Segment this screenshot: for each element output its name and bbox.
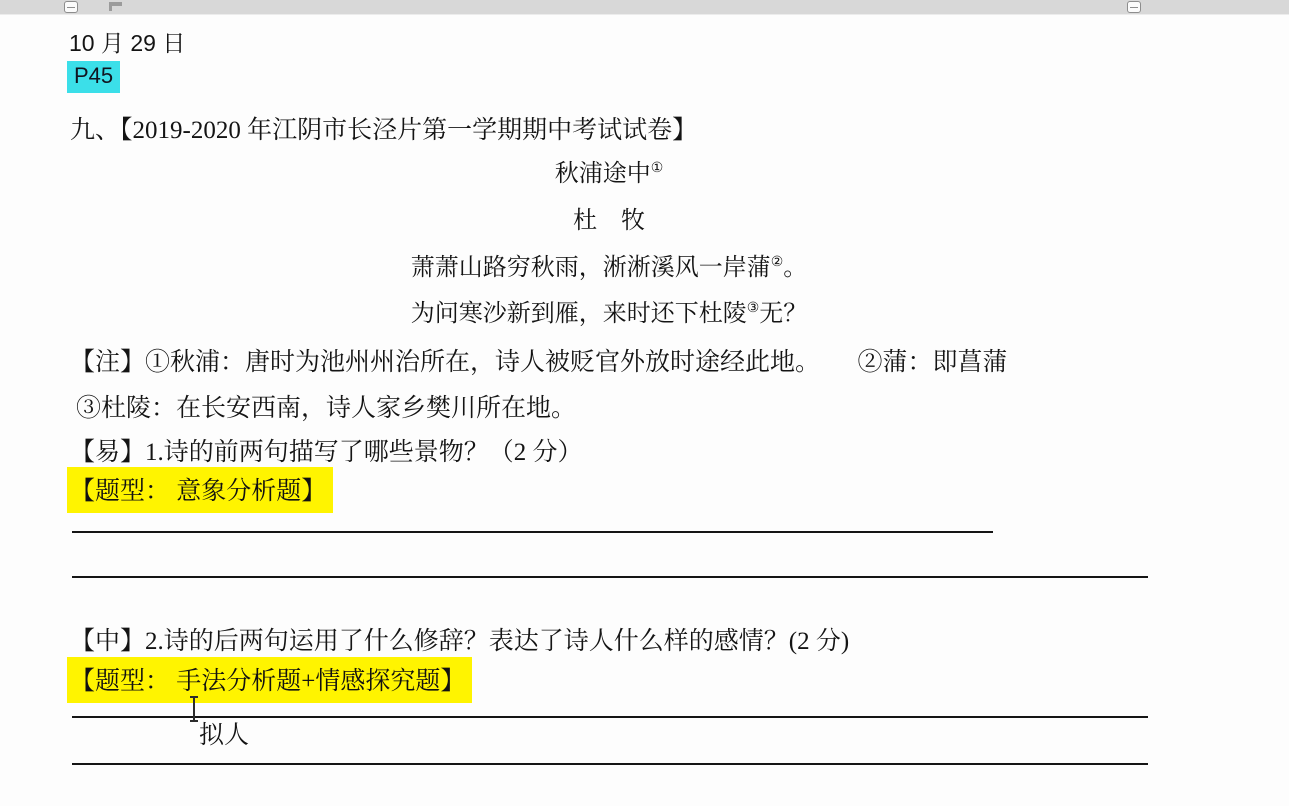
tab-stop-icon[interactable]	[109, 2, 122, 11]
answer-line-3	[72, 716, 1148, 718]
section-title[interactable]: 九、【2019-2020 年江阴市长泾片第一学期期中考试试卷】	[70, 110, 697, 146]
poem-line-1[interactable]: 萧萧山路穷秋雨，淅淅溪风一岸蒲②。	[70, 247, 1148, 282]
poem-title-note-ref: ①	[651, 161, 664, 176]
question-1-prompt[interactable]: 【易】1.诗的前两句描写了哪些景物？（2 分）	[70, 432, 583, 468]
ruler-bar[interactable]	[0, 0, 1289, 15]
poem-title-text: 秋浦途中	[555, 161, 651, 187]
left-indent-marker-icon[interactable]	[64, 1, 78, 13]
notes-line-2[interactable]: ③杜陵：在长安西南，诗人家乡樊川所在地。	[76, 388, 576, 424]
question-2-type-line: 【题型： 手法分析题+情感探究题】	[67, 657, 472, 703]
poem-line-2-note-ref: ③	[747, 301, 760, 316]
poem-line-1-tail: 。	[783, 255, 807, 281]
poem-line-1-note-ref: ②	[771, 255, 784, 270]
page-ref-line: P45	[67, 61, 120, 93]
poem-line-2-text: 为问寒沙新到雁，来时还下杜陵	[411, 301, 747, 327]
notes-line-1[interactable]: 【注】①秋浦：唐时为池州州治所在，诗人被贬官外放时途经此地。 ②蒲：即菖蒲	[70, 342, 1008, 378]
poem-title[interactable]: 秋浦途中①	[70, 153, 1148, 188]
poem-line-1-text: 萧萧山路穷秋雨，淅淅溪风一岸蒲	[411, 255, 771, 281]
right-indent-marker-icon[interactable]	[1127, 1, 1141, 13]
document-page: 10 月 29 日 P45 九、【2019-2020 年江阴市长泾片第一学期期中…	[0, 0, 1289, 806]
date-heading[interactable]: 10 月 29 日	[69, 25, 185, 58]
answer-line-4	[72, 763, 1148, 765]
answer-line-1	[72, 531, 993, 533]
poem-line-2-tail: 无？	[759, 301, 807, 327]
question-1-type-highlight[interactable]: 【题型： 意象分析题】	[67, 467, 333, 513]
question-2-answer-text[interactable]: 拟人	[199, 715, 249, 751]
answer-line-2	[72, 576, 1148, 578]
ibeam-text-cursor	[188, 695, 200, 723]
question-1-type-line: 【题型： 意象分析题】	[67, 467, 333, 513]
question-2-prompt[interactable]: 【中】2.诗的后两句运用了什么修辞？表达了诗人什么样的感情？(2 分)	[70, 621, 849, 657]
poem-line-2[interactable]: 为问寒沙新到雁，来时还下杜陵③无？	[70, 293, 1148, 328]
page-ref-highlight[interactable]: P45	[67, 61, 120, 93]
question-2-type-highlight[interactable]: 【题型： 手法分析题+情感探究题】	[67, 657, 472, 703]
poem-author[interactable]: 杜 牧	[70, 200, 1148, 235]
